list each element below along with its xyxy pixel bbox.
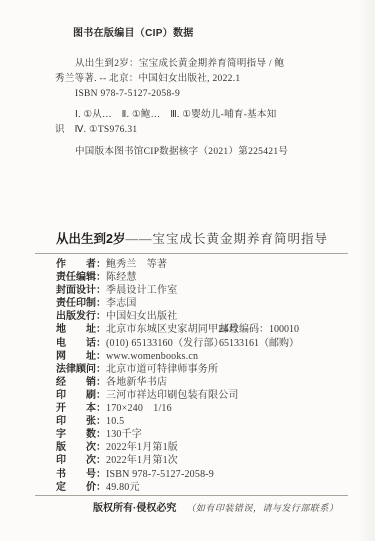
row-author: 作 者：鲍秀兰 等著: [56, 258, 375, 271]
publisher-value: 中国妇女出版社: [106, 311, 177, 322]
cip-description-line1: 从出生到2岁：宝宝成长黄金期养育简明指导 / 鲍: [55, 57, 355, 72]
cip-record-number: 中国版本图书馆CIP数据核字（2021）第225421号: [55, 145, 355, 160]
row-legal-counsel: 法律顾问：北京市道可特律师事务所: [56, 363, 375, 376]
phone-value: (010) 65133160（发行部）: [106, 338, 224, 349]
sheets-value: 10.5: [106, 416, 124, 427]
author-label: 作 者：: [56, 259, 106, 270]
cover-design-label: 封面设计：: [56, 285, 106, 296]
word-count-label: 字 数：: [56, 429, 106, 440]
row-impression: 印 次：2022年1月第1次: [56, 454, 375, 467]
copyright-page: 图书在版编目（CIP）数据 从出生到2岁：宝宝成长黄金期养育简明指导 / 鲍 秀…: [0, 0, 375, 541]
row-cover-design: 封面设计：季晨设计工作室: [56, 284, 375, 297]
phone-label: 电 话：: [56, 338, 106, 349]
book-title-subtitle: 宝宝成长黄金期养育简明指导: [152, 232, 328, 246]
row-sheets: 印 张：10.5: [56, 415, 375, 428]
row-price: 定 价：49.80元: [56, 481, 375, 494]
distributor-value: 各地新华书店: [106, 377, 167, 388]
phone-mail-order: 65133161（邮购）: [219, 337, 299, 350]
print-supervisor-label: 责任印制：: [56, 298, 106, 309]
row-phone: 电 话：(010) 65133160（发行部）65133161（邮购）: [56, 337, 375, 350]
row-distributor: 经 销：各地新华书店: [56, 376, 375, 389]
cip-description-line2: 秀兰等著. -- 北京：中国妇女出版社, 2022.1: [55, 72, 355, 87]
copyright-notice: 版权所有·侵权必究: [93, 503, 176, 514]
impression-label: 印 次：: [56, 455, 106, 466]
misprint-remark: （如有印装错误，请与发行部联系）: [186, 503, 338, 513]
legal-counsel-value: 北京市道可特律师事务所: [106, 364, 218, 375]
row-printer: 印 刷：三河市祥达印刷包装有限公司: [56, 389, 375, 402]
cip-isbn: ISBN 978-7-5127-2058-9: [55, 87, 355, 102]
row-book-number: 书 号：ISBN 978-7-5127-2058-9: [56, 468, 375, 481]
footer: 版权所有·侵权必究（如有印装错误，请与发行部联系）: [93, 502, 375, 515]
format-label: 开 本：: [56, 403, 106, 414]
book-title-dash: ——: [125, 232, 152, 246]
word-count-value: 130千字: [106, 429, 142, 440]
footer-divider: [35, 495, 348, 496]
book-number-value: ISBN 978-7-5127-2058-9: [106, 469, 214, 480]
colophon-block: 作 者：鲍秀兰 等著 责任编辑：陈经慧 封面设计：季晨设计工作室 责任印制：李志…: [56, 258, 375, 494]
edition-label: 版 次：: [56, 442, 106, 453]
book-number-label: 书 号：: [56, 469, 106, 480]
cip-classification-line2: 识 Ⅳ. ①TS976.31: [55, 123, 355, 138]
print-supervisor-value: 李志国: [106, 298, 137, 309]
row-publisher: 出版发行：中国妇女出版社: [56, 310, 375, 323]
printer-value: 三河市祥达印刷包装有限公司: [106, 390, 239, 401]
title-divider: [35, 253, 348, 254]
postcode: 邮政编码：100010: [219, 323, 299, 336]
row-format: 开 本：170×240 1/16: [56, 402, 375, 415]
editor-value: 陈经慧: [106, 272, 137, 283]
cover-design-value: 季晨设计工作室: [106, 285, 177, 296]
editor-label: 责任编辑：: [56, 272, 106, 283]
row-print-supervisor: 责任印制：李志国: [56, 297, 375, 310]
price-value: 49.80元: [106, 482, 140, 493]
printer-label: 印 刷：: [56, 390, 106, 401]
author-value: 鲍秀兰 等著: [106, 259, 167, 270]
cip-classification-line1: Ⅰ. ①从… Ⅱ. ①鲍… Ⅲ. ①婴幼儿-哺育-基本知: [55, 108, 355, 123]
sheets-label: 印 张：: [56, 416, 106, 427]
book-title: 从出生到2岁——宝宝成长黄金期养育简明指导: [56, 231, 375, 248]
row-edition: 版 次：2022年1月第1版: [56, 441, 375, 454]
impression-value: 2022年1月第1次: [106, 455, 178, 466]
website-value: www.womenbooks.cn: [106, 351, 198, 362]
row-editor: 责任编辑：陈经慧: [56, 271, 375, 284]
edition-value: 2022年1月第1版: [106, 442, 178, 453]
website-label: 网 址：: [56, 351, 106, 362]
publisher-label: 出版发行：: [56, 311, 106, 322]
price-label: 定 价：: [56, 482, 106, 493]
row-website: 网 址：www.womenbooks.cn: [56, 350, 375, 363]
format-value: 170×240 1/16: [106, 403, 172, 414]
legal-counsel-label: 法律顾问：: [56, 364, 106, 375]
distributor-label: 经 销：: [56, 377, 106, 388]
book-title-main: 从出生到2岁: [56, 232, 125, 246]
cip-heading: 图书在版编目（CIP）数据: [55, 26, 355, 41]
cip-block: 图书在版编目（CIP）数据 从出生到2岁：宝宝成长黄金期养育简明指导 / 鲍 秀…: [0, 0, 375, 160]
address-label: 地 址：: [56, 324, 106, 335]
row-word-count: 字 数：130千字: [56, 428, 375, 441]
row-address: 地 址：北京市东城区史家胡同甲24号邮政编码：100010: [56, 323, 375, 336]
